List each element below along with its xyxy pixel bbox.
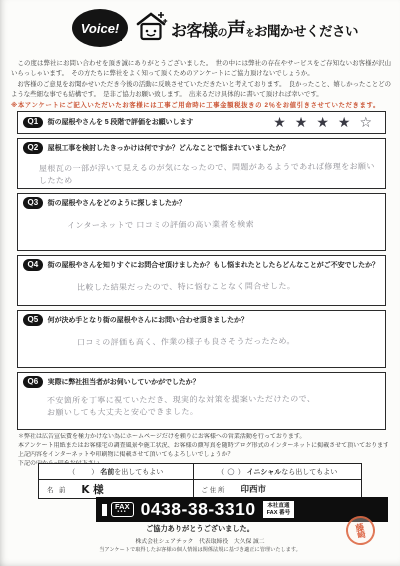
customer-address: 印西市 [240,483,266,495]
paren-open: （ [68,467,75,477]
star-filled-icon: ★ [295,114,308,130]
q1-badge: Q1 [23,117,43,129]
star-filled-icon: ★ [338,114,351,130]
voice-logo-text: Voice! [81,21,120,36]
address-cell: ご住所 印西市 [194,480,361,498]
paren-close: ） [91,467,98,477]
q4-text: 街の屋根やさんを知りすぐにお問合せ頂けましたか？もし悩まれたとしたらどんなことが… [48,260,379,270]
q2-text: 屋根工事を検討したきっかけは何ですか？どんなことで悩まれていましたか？ [48,143,290,153]
q3-handwritten-answer: インターネットで 口コミの評価の高い業者を検索 [67,218,380,233]
initial-consent-mark: ○ [224,467,237,477]
option-initial-bold: イニシャル [247,467,282,477]
customer-name: K 様 [81,482,103,497]
name-cell: 名 前 K 様 [39,480,194,498]
question-list: Q1 街の屋根やさんを 5 段階で評価をお願いします ★★★★☆ Q2 屋根工事… [17,111,386,434]
q5-badge: Q5 [23,314,43,326]
q3-text: 街の屋根やさんをどのように探しましたか？ [48,198,186,208]
option-name-rest: を出してもよい [114,467,163,477]
intro-block: この度は弊社にお問い合わせを頂き誠にありがとうございました。 世の中には弊社の存… [11,59,391,111]
title-okyakusama: お客様 [171,23,218,40]
star-filled-icon: ★ [273,114,286,130]
fax-machine-icon: FAX ••• [111,502,134,518]
voice-logo-bubble: Voice! [72,9,128,47]
q5-handwritten-answer: 口コミの評価も高く、作業の様子も良さそうだったため。 [77,335,380,350]
thanks-message: ご協力ありがとうございました。 [60,524,340,534]
fax-number: 0438-38-3310 [141,499,256,520]
question-box-q1: Q1 街の屋根やさんを 5 段階で評価をお願いします ★★★★☆ [17,111,386,134]
footer: ご協力ありがとうございました。 株式会社シェアテック 代表取締役 大久保 誠二 … [60,524,340,553]
option-show-name: （） 名前を出してもよい [39,464,194,479]
fax-icon-dots: ••• [115,511,130,514]
title-okikase: お聞かせください [254,24,358,39]
question-box-q6: Q6 実際に弊社担当者がお伺いしていかがでしたか？ 不安箇所を丁寧に視ていただき… [17,372,386,430]
q5-text: 何が決め手となり街の屋根やさんにお問い合わせ頂きましたか？ [48,315,248,325]
option-name-bold: 名前 [100,467,114,477]
intro-paragraph-1: この度は弊社にお問い合わせを頂き誠にありがとうございました。 世の中には弊社の存… [11,59,391,80]
title-wo: を [246,28,255,38]
page-title: お客様の声をお聞かせください [171,15,358,42]
fax-note-box: 本社直通 FAX 番号 [263,501,295,518]
q4-handwritten-answer: 比較した結果だったので、特に悩むことなく問合せした。 [77,280,380,295]
survey-sheet: Voice! お客様の声をお聞かせください この度は弊社にお問い合わせを頂き誠に… [0,0,400,566]
star-empty-icon: ☆ [359,114,372,130]
company-line: 株式会社シェアテック 代表取締役 大久保 誠二 [60,536,340,545]
q2-handwritten-answer: 屋根瓦の一部が浮いて見えるのが気になったので、問題があるようであれば修理をお願い… [39,161,380,188]
q1-text: 街の屋根やさんを 5 段階で評価をお願いします [48,117,193,127]
intro-paragraph-2: お客様のご意見をお聞かせいただき今後の活動に反映させていただきたいと考えておりま… [11,80,391,101]
question-box-q5: Q5 何が決め手となり街の屋根やさんにお問い合わせ頂きましたか？ 口コミの評価も… [17,310,386,368]
q6-badge: Q6 [23,376,43,388]
fax-banner: FAX ••• 0438-38-3310 本社直通 FAX 番号 [96,497,388,522]
q6-text: 実際に弊社担当者がお伺いしていかがでしたか？ [48,377,200,387]
rating-stars: ★★★★☆ [264,114,372,132]
consent-table: （） 名前を出してもよい （○） イニシャルなら出してもよい 名 前 K 様 ご… [38,463,362,499]
question-box-q3: Q3 街の屋根やさんをどのように探しましたか？ インターネットで 口コミの評価の… [17,193,386,251]
name-label: 名 前 [47,485,67,494]
fax-note-line2: FAX 番号 [267,510,291,516]
note-line-3: 上記内容をインターネットや印刷物に掲載させて頂いてもよろしいでしょうか？ [18,451,388,460]
paren-close: ） [238,467,245,477]
discount-note: ※本アンケートにご記入いただいたお客様には工事ご用命時に工事金額税抜きの 2％を… [11,101,391,111]
paren-open: （ [217,467,224,477]
question-box-q4: Q4 街の屋根やさんを知りすぐにお問合せ頂けましたか？もし悩まれたとしたらどんな… [17,255,386,306]
note-line-1: ＊弊社は広告宣伝費を極力かけない為にホームページだけを頼りにお客様への営業活動を… [18,433,388,442]
option-initial-rest: なら出してもよい [281,467,337,477]
address-label: ご住所 [202,485,227,494]
header: Voice! お客様の声をお聞かせください [72,9,358,47]
q6-handwritten-answer: 不安箇所を丁寧に視ていただき、現実的な対策を提案いただけたので、 お願いしても大… [47,393,380,420]
q4-badge: Q4 [23,259,43,271]
q3-badge: Q3 [23,197,43,209]
note-line-2: 本アンケート用紙またはお客様宅の調査風景や施工状況、お客様の顔写真を随時ブログ形… [18,442,388,451]
fax-note-line1: 本社直通 [267,503,289,509]
fax-banner-notch [102,504,107,516]
star-filled-icon: ★ [316,114,329,130]
house-icon [134,10,168,47]
question-box-q2: Q2 屋根工事を検討したきっかけは何ですか？どんなことで悩まれていましたか？ 屋… [17,138,386,189]
title-koe: 声 [227,20,246,41]
title-no: の [218,28,228,39]
privacy-line: 当アンケートで取得したお客様の個人情報は関係法規に基づき適正に管理いたします。 [60,546,340,553]
q2-badge: Q2 [23,142,43,154]
option-show-initial: （○） イニシャルなら出してもよい [194,464,361,479]
